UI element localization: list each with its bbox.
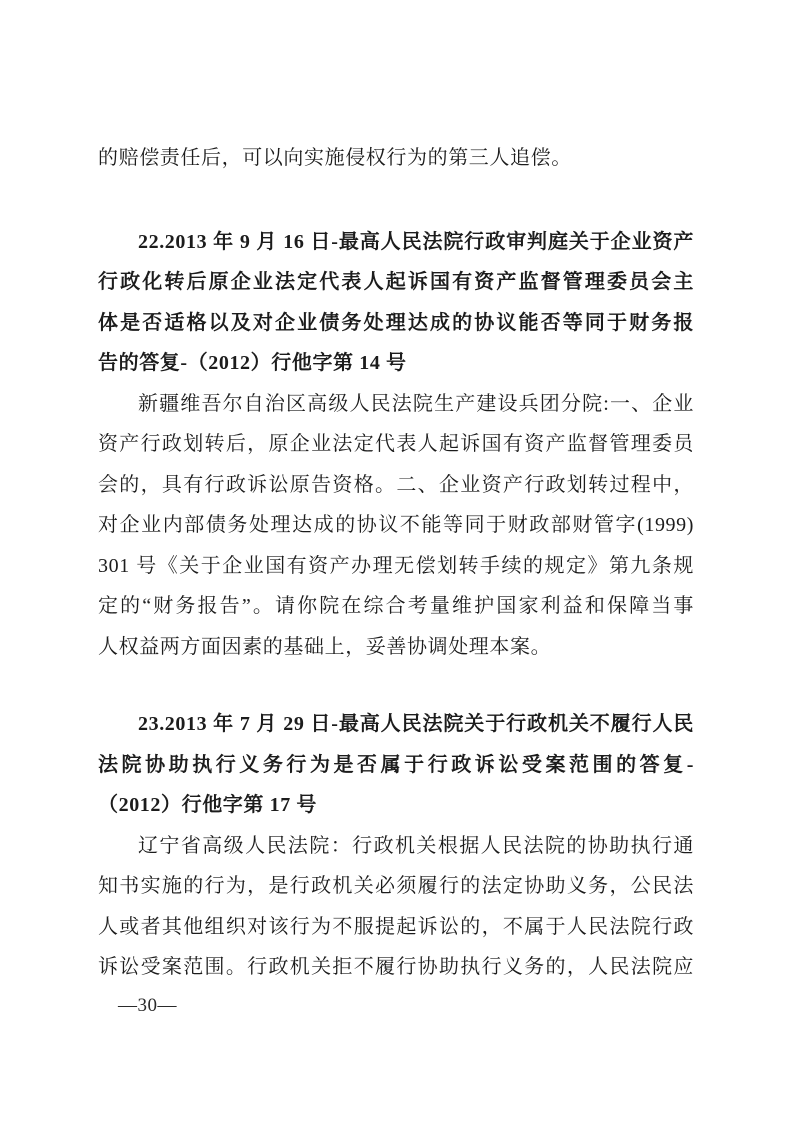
text-line: （2012）行他字第 17 号 [98,785,694,826]
text-line: 诉讼受案范围。行政机关拒不履行协助执行义务的，人民法院应 [98,947,694,988]
text-line: 体是否适格以及对企业债务处理达成的协议能否等同于财务报 [98,303,694,344]
page-number: —30— [118,994,177,1018]
text-line: 知书实施的行为，是行政机关必须履行的法定协助义务，公民法 [98,866,694,907]
text-line: 辽宁省高级人民法院：行政机关根据人民法院的协助执行通 [98,826,694,867]
text-line: 301 号《关于企业国有资产办理无偿划转手续的规定》第九条规 [98,546,694,587]
text-line: 的赔偿责任后，可以向实施侵权行为的第三人追偿。 [98,138,694,179]
text-line: 人权益两方面因素的基础上，妥善协调处理本案。 [98,627,694,668]
paragraph-22: 新疆维吾尔自治区高级人民法院生产建设兵团分院:一、企业资产行政划转后，原企业法定… [98,384,694,668]
text-line: 新疆维吾尔自治区高级人民法院生产建设兵团分院:一、企业 [98,384,694,425]
text-line: 对企业内部债务处理达成的协议不能等同于财政部财管字(1999) [98,505,694,546]
heading-22: 22.2013 年 9 月 16 日-最高人民法院行政审判庭关于企业资产行政化转… [98,222,694,384]
text-line: 人或者其他组织对该行为不服提起诉讼的，不属于人民法院行政 [98,907,694,948]
text-line: 23.2013 年 7 月 29 日-最高人民法院关于行政机关不履行人民 [98,704,694,745]
text-line: 定的“财务报告”。请你院在综合考量维护国家利益和保障当事 [98,586,694,627]
text-line: 22.2013 年 9 月 16 日-最高人民法院行政审判庭关于企业资产 [98,222,694,263]
text-line: 告的答复-（2012）行他字第 14 号 [98,343,694,384]
text-line: 行政化转后原企业法定代表人起诉国有资产监督管理委员会主 [98,262,694,303]
heading-23: 23.2013 年 7 月 29 日-最高人民法院关于行政机关不履行人民法院协助… [98,704,694,826]
paragraph-23: 辽宁省高级人民法院：行政机关根据人民法院的协助执行通知书实施的行为，是行政机关必… [98,826,694,988]
text-line: 资产行政划转后，原企业法定代表人起诉国有资产监督管理委员 [98,424,694,465]
text-line: 法院协助执行义务行为是否属于行政诉讼受案范围的答复- [98,745,694,786]
text-line: 会的，具有行政诉讼原告资格。二、企业资产行政划转过程中， [98,465,694,506]
paragraph-21-end: 的赔偿责任后，可以向实施侵权行为的第三人追偿。 [98,138,694,179]
document-page: 的赔偿责任后，可以向实施侵权行为的第三人追偿。22.2013 年 9 月 16 … [0,0,793,1122]
page-body: 的赔偿责任后，可以向实施侵权行为的第三人追偿。22.2013 年 9 月 16 … [98,138,694,988]
